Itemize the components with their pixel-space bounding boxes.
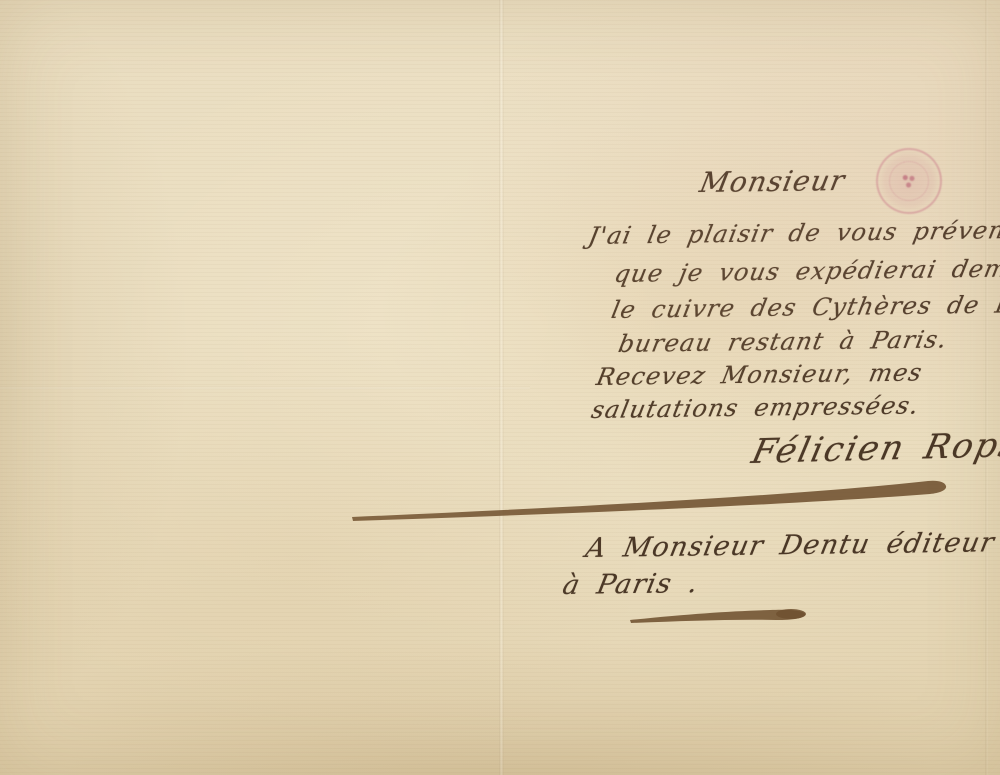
vertical-fold-crease (499, 0, 504, 775)
ink-flourish-strokes (0, 0, 1000, 775)
round-pink-collection-stamp (869, 141, 949, 221)
body-line-2: que je vous expédierai demain (612, 254, 1000, 288)
paper-right-edge (985, 0, 988, 775)
address-underline-ink-blob (776, 609, 806, 619)
salutation-line: Monsieur (697, 164, 848, 199)
signature-underline-flourish (352, 481, 946, 521)
body-line-3: le cuivre des Cythères de Delvau (609, 289, 1000, 324)
address-line-1: A Monsieur Dentu éditeur (583, 527, 998, 564)
closing-line-2: salutations empressées. (589, 391, 922, 424)
closing-line-1: Recevez Monsieur, mes (594, 358, 925, 391)
scanned-letter-page: Monsieur J'ai le plaisir de vous préveni… (0, 0, 1000, 775)
body-line-4: bureau restant à Paris. (616, 325, 950, 358)
horizontal-fold-crease (0, 386, 530, 390)
address-underline-stroke (630, 610, 805, 623)
body-line-1: J'ai le plaisir de vous prévenir (586, 216, 1000, 250)
signature: Félicien Rops (748, 425, 1000, 472)
address-line-2: à Paris . (560, 568, 702, 601)
